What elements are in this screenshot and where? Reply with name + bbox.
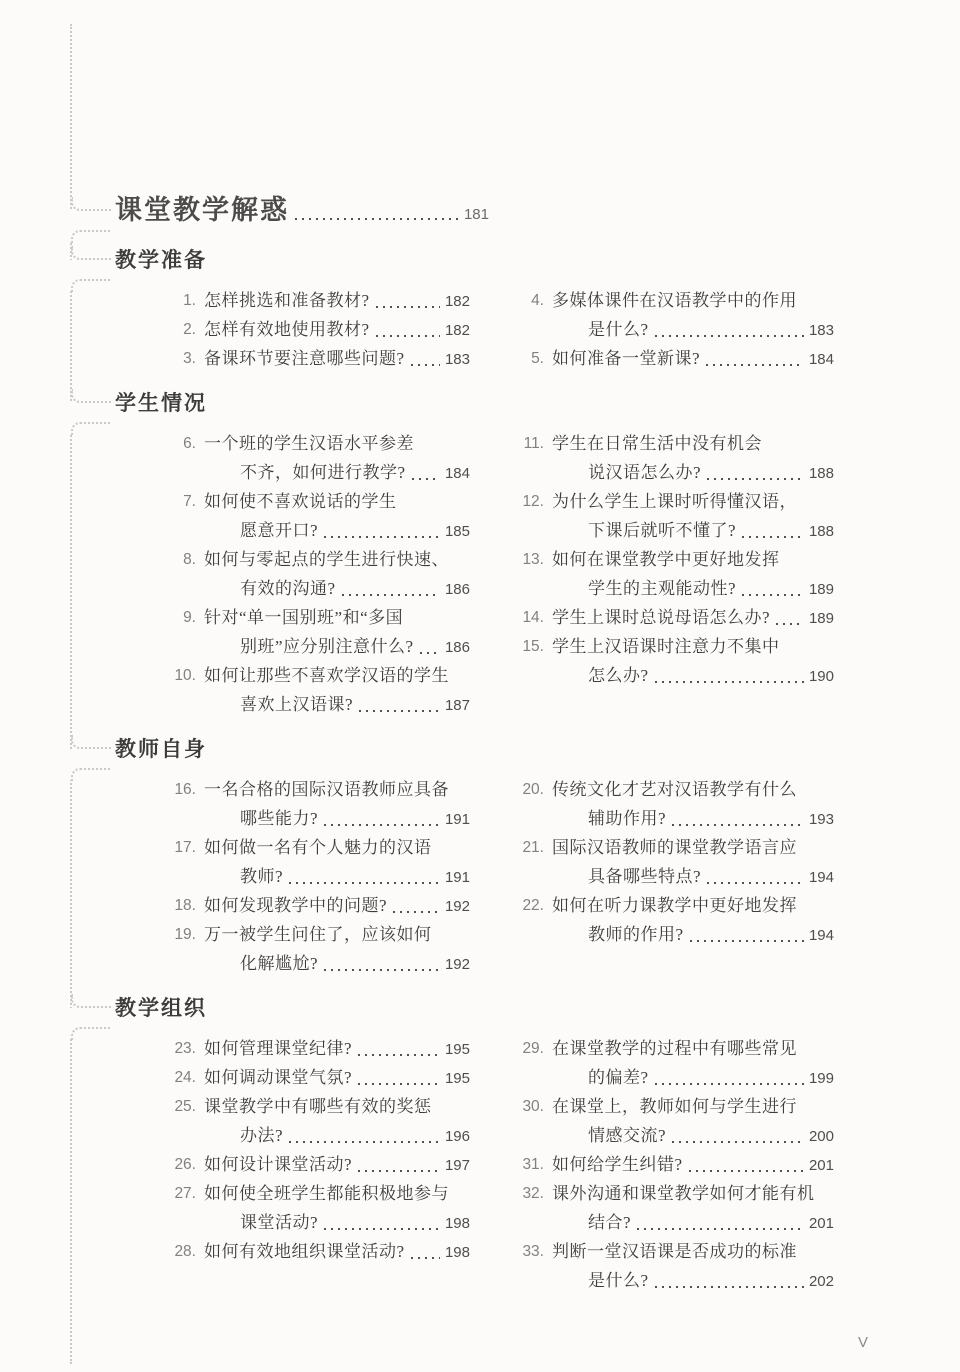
toc-item-line: 有效的沟通?186 — [204, 574, 470, 603]
toc-columns: 1. 怎样挑选和准备教材?182 2. 怎样有效地使用教材?182 3. 备课环… — [160, 286, 839, 373]
toc-columns: 23. 如何管理课堂纪律?195 24. 如何调动课堂气氛?195 25. 课堂… — [160, 1034, 839, 1295]
toc-item-text: 有效的沟通? — [240, 574, 336, 603]
toc-columns: 6. 一个班的学生汉语水平参差不齐，如何进行教学?184 7. 如何使不喜欢说话… — [160, 429, 839, 719]
toc-item-line: 结合?201 — [552, 1208, 834, 1237]
dot-leader — [742, 594, 804, 596]
toc-item-text: 教师的作用? — [588, 920, 684, 949]
toc-item-line: 如何有效地组织课堂活动?198 — [204, 1237, 470, 1266]
dot-leader — [672, 1141, 804, 1143]
toc-item-text: 怎样挑选和准备教材? — [204, 286, 370, 315]
toc-item-line: 说汉语怎么办?188 — [552, 458, 834, 487]
toc-item-number: 7. — [160, 487, 204, 545]
dot-leader — [324, 536, 440, 538]
toc-item-text: 喜欢上汉语课? — [240, 690, 353, 719]
toc-item: 25. 课堂教学中有哪些有效的奖惩办法?196 — [160, 1092, 470, 1150]
toc-item-number: 20. — [508, 775, 552, 833]
toc-item-line: 学生上汉语课时注意力不集中 — [552, 632, 834, 661]
toc-item-line: 教师?191 — [204, 862, 470, 891]
toc-item-body: 如何管理课堂纪律?195 — [204, 1034, 470, 1063]
toc-item-body: 如何发现教学中的问题?192 — [204, 891, 470, 920]
dot-leader — [376, 335, 440, 337]
toc-item-number: 26. — [160, 1150, 204, 1179]
toc-item-line: 课堂活动?198 — [204, 1208, 470, 1237]
toc-item-body: 在课堂上，教师如何与学生进行情感交流?200 — [552, 1092, 834, 1150]
section-heading-label: 教学组织 — [115, 997, 207, 1020]
toc-item-body: 学生上课时总说母语怎么办?189 — [552, 603, 834, 632]
dot-leader — [289, 882, 440, 884]
toc-item: 7. 如何使不喜欢说话的学生愿意开口?185 — [160, 487, 470, 545]
toc-item-line: 如何给学生纠错?201 — [552, 1150, 834, 1179]
toc-page-number: 202 — [809, 1267, 834, 1296]
toc-item-line: 化解尴尬?192 — [204, 949, 470, 978]
toc-section: 教学组织 23. 如何管理课堂纪律?195 24. 如何调动课堂气氛?195 2… — [115, 996, 839, 1295]
dot-leader — [393, 911, 440, 913]
toc-item-body: 针对“单一国别班”和“多国别班”应分别注意什么?186 — [204, 603, 470, 661]
toc-item-text: 学生在日常生活中没有机会 — [552, 429, 762, 458]
toc-item-text: 如何使不喜欢说话的学生 — [204, 487, 397, 516]
toc-section: 学生情况 6. 一个班的学生汉语水平参差不齐，如何进行教学?184 7. 如何使… — [115, 391, 839, 719]
toc-item-body: 在课堂教学的过程中有哪些常见的偏差?199 — [552, 1034, 834, 1092]
toc-item-text: 万一被学生问住了，应该如何 — [204, 920, 432, 949]
toc-item-text: 如何管理课堂纪律? — [204, 1034, 352, 1063]
toc-item-text: 为什么学生上课时听得懂汉语， — [552, 487, 797, 516]
dot-leader — [707, 478, 804, 480]
toc-page-number: 189 — [809, 604, 834, 633]
toc-item-number: 12. — [508, 487, 552, 545]
toc-item-text: 如何在课堂教学中更好地发挥 — [552, 545, 780, 574]
toc-item-line: 一个班的学生汉语水平参差 — [204, 429, 470, 458]
toc-item: 11. 学生在日常生活中没有机会说汉语怎么办?188 — [508, 429, 834, 487]
toc-page-number: 195 — [445, 1064, 470, 1093]
dot-leader — [420, 652, 440, 654]
dot-leader — [324, 824, 440, 826]
toc-item-line: 如何让那些不喜欢学汉语的学生 — [204, 661, 470, 690]
section-heading-label: 教师自身 — [115, 738, 207, 761]
toc-item-number: 13. — [508, 545, 552, 603]
folio-page-number: V — [858, 1334, 868, 1351]
toc-item-body: 课外沟通和课堂教学如何才能有机结合?201 — [552, 1179, 834, 1237]
section-heading: 教师自身 — [115, 737, 839, 763]
toc-item-line: 学生的主观能动性?189 — [552, 574, 834, 603]
toc-item: 29. 在课堂教学的过程中有哪些常见的偏差?199 — [508, 1034, 834, 1092]
toc-page-number: 188 — [809, 459, 834, 488]
toc-page-number: 186 — [445, 575, 470, 604]
toc-column: 1. 怎样挑选和准备教材?182 2. 怎样有效地使用教材?182 3. 备课环… — [160, 286, 470, 373]
toc-item-line: 愿意开口?185 — [204, 516, 470, 545]
toc-item-text: 具备哪些特点? — [588, 862, 701, 891]
toc-item-text: 如何让那些不喜欢学汉语的学生 — [204, 661, 449, 690]
toc-item: 2. 怎样有效地使用教材?182 — [160, 315, 470, 344]
dot-leader — [295, 218, 459, 220]
toc-item-line: 传统文化才艺对汉语教学有什么 — [552, 775, 834, 804]
toc-page-number: 196 — [445, 1122, 470, 1151]
toc-item-number: 8. — [160, 545, 204, 603]
toc-item: 30. 在课堂上，教师如何与学生进行情感交流?200 — [508, 1092, 834, 1150]
toc-item: 33. 判断一堂汉语课是否成功的标准是什么?202 — [508, 1237, 834, 1295]
toc-item-line: 为什么学生上课时听得懂汉语， — [552, 487, 834, 516]
margin-connector-bottom-icon — [71, 1027, 111, 1041]
toc-item-body: 多媒体课件在汉语教学中的作用是什么?183 — [552, 286, 834, 344]
toc-page-number: 194 — [809, 863, 834, 892]
toc-item: 3. 备课环节要注意哪些问题?183 — [160, 344, 470, 373]
toc-item: 14. 学生上课时总说母语怎么办?189 — [508, 603, 834, 632]
toc-item-body: 备课环节要注意哪些问题?183 — [204, 344, 470, 373]
toc-page-number: 191 — [445, 863, 470, 892]
toc-item-body: 学生在日常生活中没有机会说汉语怎么办?188 — [552, 429, 834, 487]
toc-item-text: 怎样有效地使用教材? — [204, 315, 370, 344]
toc-item: 28. 如何有效地组织课堂活动?198 — [160, 1237, 470, 1266]
toc-item-body: 学生上汉语课时注意力不集中怎么办?190 — [552, 632, 834, 690]
toc-item-text: 课堂活动? — [240, 1208, 318, 1237]
toc-item-body: 为什么学生上课时听得懂汉语，下课后就听不懂了?188 — [552, 487, 834, 545]
toc-item-number: 5. — [508, 344, 552, 373]
toc-item-number: 9. — [160, 603, 204, 661]
toc-item-body: 一名合格的国际汉语教师应具备哪些能力?191 — [204, 775, 470, 833]
toc-item-number: 1. — [160, 286, 204, 315]
margin-connector-bottom-icon — [71, 768, 111, 782]
toc-item-line: 如何使全班学生都能积极地参与 — [204, 1179, 470, 1208]
toc-item-text: 教师? — [240, 862, 283, 891]
toc-page-number: 186 — [445, 633, 470, 662]
toc-page-number: 183 — [445, 345, 470, 374]
toc-page-number: 182 — [445, 287, 470, 316]
toc-item-body: 传统文化才艺对汉语教学有什么辅助作用?193 — [552, 775, 834, 833]
toc-item-number: 15. — [508, 632, 552, 690]
toc-item-text: 愿意开口? — [240, 516, 318, 545]
toc-item: 20. 传统文化才艺对汉语教学有什么辅助作用?193 — [508, 775, 834, 833]
toc-item: 26. 如何设计课堂活动?197 — [160, 1150, 470, 1179]
toc-item-text: 别班”应分别注意什么? — [240, 632, 414, 661]
sections: 教学准备 1. 怎样挑选和准备教材?182 2. 怎样有效地使用教材?182 3… — [115, 248, 839, 1295]
section-heading-label: 学生情况 — [115, 392, 207, 415]
toc-item-text: 如何给学生纠错? — [552, 1150, 683, 1179]
toc-item-text: 如何做一名有个人魅力的汉语 — [204, 833, 432, 862]
toc-item-line: 国际汉语教师的课堂教学语言应 — [552, 833, 834, 862]
toc-item-text: 怎么办? — [588, 661, 649, 690]
toc-item-line: 哪些能力?191 — [204, 804, 470, 833]
toc-item-number: 21. — [508, 833, 552, 891]
dot-leader — [359, 710, 440, 712]
dot-leader — [655, 681, 804, 683]
dot-leader — [690, 940, 804, 942]
toc-item-body: 课堂教学中有哪些有效的奖惩办法?196 — [204, 1092, 470, 1150]
toc-item-number: 24. — [160, 1063, 204, 1092]
margin-connector-bottom-icon — [71, 422, 111, 436]
toc-page-number: 185 — [445, 517, 470, 546]
toc-item-number: 4. — [508, 286, 552, 344]
chapter-title: 课堂教学解惑 — [115, 192, 289, 228]
toc-item-body: 如何做一名有个人魅力的汉语教师?191 — [204, 833, 470, 891]
toc-item-number: 32. — [508, 1179, 552, 1237]
toc-item-number: 33. — [508, 1237, 552, 1295]
toc-item: 8. 如何与零起点的学生进行快速、有效的沟通?186 — [160, 545, 470, 603]
chapter-page-number: 181 — [464, 206, 489, 223]
toc-item-line: 具备哪些特点?194 — [552, 862, 834, 891]
margin-connector-top-icon — [71, 735, 111, 749]
toc-item-line: 学生在日常生活中没有机会 — [552, 429, 834, 458]
toc-item-line: 如何与零起点的学生进行快速、 — [204, 545, 470, 574]
dot-leader — [412, 478, 440, 480]
toc-item-line: 情感交流?200 — [552, 1121, 834, 1150]
toc-column: 16. 一名合格的国际汉语教师应具备哪些能力?191 17. 如何做一名有个人魅… — [160, 775, 470, 978]
toc-item-line: 判断一堂汉语课是否成功的标准 — [552, 1237, 834, 1266]
toc-item-line: 在课堂上，教师如何与学生进行 — [552, 1092, 834, 1121]
toc-item-line: 如何调动课堂气氛?195 — [204, 1063, 470, 1092]
toc-item-text: 备课环节要注意哪些问题? — [204, 344, 405, 373]
toc-item-body: 如何与零起点的学生进行快速、有效的沟通?186 — [204, 545, 470, 603]
toc-item: 32. 课外沟通和课堂教学如何才能有机结合?201 — [508, 1179, 834, 1237]
toc-item-text: 课外沟通和课堂教学如何才能有机 — [552, 1179, 815, 1208]
toc-page-number: 182 — [445, 316, 470, 345]
toc-item-number: 22. — [508, 891, 552, 949]
toc-item-line: 办法?196 — [204, 1121, 470, 1150]
toc-item-text: 是什么? — [588, 315, 649, 344]
toc-page-number: 201 — [809, 1209, 834, 1238]
toc-item-body: 如何准备一堂新课?184 — [552, 344, 834, 373]
toc-item: 16. 一名合格的国际汉语教师应具备哪些能力?191 — [160, 775, 470, 833]
toc-item: 17. 如何做一名有个人魅力的汉语教师?191 — [160, 833, 470, 891]
toc-item-text: 一名合格的国际汉语教师应具备 — [204, 775, 449, 804]
toc-content: 课堂教学解惑 181 教学准备 1. 怎样挑选和准备教材?182 2. 怎样有效… — [115, 192, 839, 1313]
toc-item-line: 怎么办?190 — [552, 661, 834, 690]
toc-item-number: 31. — [508, 1150, 552, 1179]
toc-item-text: 在课堂教学的过程中有哪些常见 — [552, 1034, 797, 1063]
toc-item-text: 化解尴尬? — [240, 949, 318, 978]
toc-item: 31. 如何给学生纠错?201 — [508, 1150, 834, 1179]
toc-item-line: 怎样有效地使用教材?182 — [204, 315, 470, 344]
section-heading: 教学准备 — [115, 248, 839, 274]
toc-item-body: 如何使不喜欢说话的学生愿意开口?185 — [204, 487, 470, 545]
toc-item-line: 别班”应分别注意什么?186 — [204, 632, 470, 661]
toc-item-line: 如何在课堂教学中更好地发挥 — [552, 545, 834, 574]
toc-item-number: 30. — [508, 1092, 552, 1150]
toc-item-number: 11. — [508, 429, 552, 487]
chapter-title-row: 课堂教学解惑 181 — [115, 192, 489, 228]
toc-item-text: 课堂教学中有哪些有效的奖惩 — [204, 1092, 432, 1121]
toc-item-text: 如何在听力课教学中更好地发挥 — [552, 891, 797, 920]
toc-item-line: 下课后就听不懂了?188 — [552, 516, 834, 545]
toc-column: 20. 传统文化才艺对汉语教学有什么辅助作用?193 21. 国际汉语教师的课堂… — [508, 775, 834, 978]
toc-item-text: 多媒体课件在汉语教学中的作用 — [552, 286, 797, 315]
toc-page-number: 192 — [445, 892, 470, 921]
dot-leader — [672, 824, 804, 826]
toc-column: 4. 多媒体课件在汉语教学中的作用是什么?183 5. 如何准备一堂新课?184 — [508, 286, 834, 373]
toc-item: 19. 万一被学生问住了，应该如何化解尴尬?192 — [160, 920, 470, 978]
toc-item: 1. 怎样挑选和准备教材?182 — [160, 286, 470, 315]
toc-item-text: 哪些能力? — [240, 804, 318, 833]
dot-leader — [655, 335, 804, 337]
toc-item: 15. 学生上汉语课时注意力不集中怎么办?190 — [508, 632, 834, 690]
toc-page-number: 188 — [809, 517, 834, 546]
toc-item-line: 在课堂教学的过程中有哪些常见 — [552, 1034, 834, 1063]
section-heading: 学生情况 — [115, 391, 839, 417]
toc-item-text: 如何有效地组织课堂活动? — [204, 1237, 405, 1266]
toc-item-number: 10. — [160, 661, 204, 719]
toc-item-text: 学生的主观能动性? — [588, 574, 736, 603]
dot-leader — [655, 1083, 804, 1085]
toc-item-text: 判断一堂汉语课是否成功的标准 — [552, 1237, 797, 1266]
dot-leader — [411, 1257, 440, 1259]
toc-item-text: 是什么? — [588, 1266, 649, 1295]
dot-leader — [324, 969, 440, 971]
toc-item-text: 传统文化才艺对汉语教学有什么 — [552, 775, 797, 804]
toc-item-text: 一个班的学生汉语水平参差 — [204, 429, 414, 458]
toc-item: 23. 如何管理课堂纪律?195 — [160, 1034, 470, 1063]
toc-item-text: 针对“单一国别班”和“多国 — [204, 603, 403, 632]
toc-page-number: 194 — [809, 921, 834, 950]
toc-item-number: 16. — [160, 775, 204, 833]
section-heading: 教学组织 — [115, 996, 839, 1022]
toc-item-line: 针对“单一国别班”和“多国 — [204, 603, 470, 632]
toc-item-body: 如何在课堂教学中更好地发挥学生的主观能动性?189 — [552, 545, 834, 603]
toc-item-number: 2. — [160, 315, 204, 344]
margin-connector-bottom-icon — [71, 279, 111, 293]
toc-item-number: 19. — [160, 920, 204, 978]
toc-item-body: 国际汉语教师的课堂教学语言应具备哪些特点?194 — [552, 833, 834, 891]
toc-item-body: 怎样有效地使用教材?182 — [204, 315, 470, 344]
toc-item: 22. 如何在听力课教学中更好地发挥教师的作用?194 — [508, 891, 834, 949]
dot-leader — [289, 1141, 440, 1143]
toc-item-body: 一个班的学生汉语水平参差不齐，如何进行教学?184 — [204, 429, 470, 487]
margin-connector-top-icon — [71, 197, 111, 211]
toc-item-body: 判断一堂汉语课是否成功的标准是什么?202 — [552, 1237, 834, 1295]
scanned-toc-page: 课堂教学解惑 181 教学准备 1. 怎样挑选和准备教材?182 2. 怎样有效… — [0, 0, 960, 1372]
dot-leader — [324, 1228, 440, 1230]
toc-item: 13. 如何在课堂教学中更好地发挥学生的主观能动性?189 — [508, 545, 834, 603]
toc-item: 5. 如何准备一堂新课?184 — [508, 344, 834, 373]
toc-item-number: 28. — [160, 1237, 204, 1266]
toc-item-body: 如何在听力课教学中更好地发挥教师的作用?194 — [552, 891, 834, 949]
toc-item: 24. 如何调动课堂气氛?195 — [160, 1063, 470, 1092]
toc-item-text: 不齐，如何进行教学? — [240, 458, 406, 487]
dot-leader — [707, 882, 804, 884]
toc-page-number: 184 — [809, 345, 834, 374]
toc-item: 27. 如何使全班学生都能积极地参与课堂活动?198 — [160, 1179, 470, 1237]
toc-item: 21. 国际汉语教师的课堂教学语言应具备哪些特点?194 — [508, 833, 834, 891]
toc-item-number: 17. — [160, 833, 204, 891]
toc-item-line: 课堂教学中有哪些有效的奖惩 — [204, 1092, 470, 1121]
toc-item-text: 如何设计课堂活动? — [204, 1150, 352, 1179]
toc-page-number: 183 — [809, 316, 834, 345]
toc-item-number: 29. — [508, 1034, 552, 1092]
toc-page-number: 199 — [809, 1064, 834, 1093]
toc-item-line: 辅助作用?193 — [552, 804, 834, 833]
toc-item-body: 如何设计课堂活动?197 — [204, 1150, 470, 1179]
toc-item-body: 怎样挑选和准备教材?182 — [204, 286, 470, 315]
toc-item-line: 如何在听力课教学中更好地发挥 — [552, 891, 834, 920]
toc-column: 6. 一个班的学生汉语水平参差不齐，如何进行教学?184 7. 如何使不喜欢说话… — [160, 429, 470, 719]
toc-page-number: 190 — [809, 662, 834, 691]
toc-item-text: 下课后就听不懂了? — [588, 516, 736, 545]
toc-item-body: 如何给学生纠错?201 — [552, 1150, 834, 1179]
toc-item-text: 在课堂上，教师如何与学生进行 — [552, 1092, 797, 1121]
toc-item-number: 6. — [160, 429, 204, 487]
toc-item-number: 18. — [160, 891, 204, 920]
toc-column: 11. 学生在日常生活中没有机会说汉语怎么办?188 12. 为什么学生上课时听… — [508, 429, 834, 719]
dot-leader — [358, 1083, 440, 1085]
toc-item-line: 如何设计课堂活动?197 — [204, 1150, 470, 1179]
toc-item: 12. 为什么学生上课时听得懂汉语，下课后就听不懂了?188 — [508, 487, 834, 545]
toc-item-text: 国际汉语教师的课堂教学语言应 — [552, 833, 797, 862]
toc-item-line: 的偏差?199 — [552, 1063, 834, 1092]
toc-item-text: 说汉语怎么办? — [588, 458, 701, 487]
toc-page-number: 192 — [445, 950, 470, 979]
toc-item-body: 万一被学生问住了，应该如何化解尴尬?192 — [204, 920, 470, 978]
dot-leader — [358, 1054, 440, 1056]
toc-item-body: 如何使全班学生都能积极地参与课堂活动?198 — [204, 1179, 470, 1237]
dot-leader — [706, 364, 804, 366]
margin-connector-bottom-icon — [71, 230, 111, 244]
toc-item-text: 如何与零起点的学生进行快速、 — [204, 545, 449, 574]
toc-page-number: 191 — [445, 805, 470, 834]
dot-leader — [376, 306, 440, 308]
toc-page-number: 187 — [445, 691, 470, 720]
dot-leader — [742, 536, 804, 538]
toc-item-line: 如何做一名有个人魅力的汉语 — [204, 833, 470, 862]
toc-item-number: 14. — [508, 603, 552, 632]
toc-page-number: 200 — [809, 1122, 834, 1151]
toc-item-text: 如何发现教学中的问题? — [204, 891, 387, 920]
toc-item-text: 的偏差? — [588, 1063, 649, 1092]
toc-item-text: 结合? — [588, 1208, 631, 1237]
toc-item: 10. 如何让那些不喜欢学汉语的学生喜欢上汉语课?187 — [160, 661, 470, 719]
toc-item-line: 如何管理课堂纪律?195 — [204, 1034, 470, 1063]
toc-item-text: 学生上课时总说母语怎么办? — [552, 603, 770, 632]
toc-item-line: 如何使不喜欢说话的学生 — [204, 487, 470, 516]
toc-page-number: 197 — [445, 1151, 470, 1180]
toc-item-text: 学生上汉语课时注意力不集中 — [552, 632, 780, 661]
toc-item-line: 是什么?202 — [552, 1266, 834, 1295]
toc-item-line: 多媒体课件在汉语教学中的作用 — [552, 286, 834, 315]
margin-connector-top-icon — [71, 389, 111, 403]
toc-page-number: 193 — [809, 805, 834, 834]
toc-page-number: 195 — [445, 1035, 470, 1064]
toc-item-line: 课外沟通和课堂教学如何才能有机 — [552, 1179, 834, 1208]
toc-page-number: 201 — [809, 1151, 834, 1180]
dot-leader — [637, 1228, 804, 1230]
toc-item-line: 怎样挑选和准备教材?182 — [204, 286, 470, 315]
dot-leader — [411, 364, 440, 366]
margin-connector-top-icon — [71, 246, 111, 260]
toc-item-text: 如何调动课堂气氛? — [204, 1063, 352, 1092]
toc-item-number: 3. — [160, 344, 204, 373]
toc-item-line: 是什么?183 — [552, 315, 834, 344]
toc-item-text: 情感交流? — [588, 1121, 666, 1150]
toc-item-text: 如何准备一堂新课? — [552, 344, 700, 373]
toc-item-line: 学生上课时总说母语怎么办?189 — [552, 603, 834, 632]
margin-connector-top-icon — [71, 994, 111, 1008]
toc-columns: 16. 一名合格的国际汉语教师应具备哪些能力?191 17. 如何做一名有个人魅… — [160, 775, 839, 978]
section-heading-label: 教学准备 — [115, 249, 207, 272]
toc-item-body: 如何让那些不喜欢学汉语的学生喜欢上汉语课?187 — [204, 661, 470, 719]
toc-item: 18. 如何发现教学中的问题?192 — [160, 891, 470, 920]
toc-page-number: 184 — [445, 459, 470, 488]
toc-item-line: 备课环节要注意哪些问题?183 — [204, 344, 470, 373]
dot-leader — [655, 1286, 804, 1288]
dot-leader — [358, 1170, 440, 1172]
toc-section: 教师自身 16. 一名合格的国际汉语教师应具备哪些能力?191 17. 如何做一… — [115, 737, 839, 978]
toc-item-line: 教师的作用?194 — [552, 920, 834, 949]
toc-item-number: 27. — [160, 1179, 204, 1237]
toc-column: 29. 在课堂教学的过程中有哪些常见的偏差?199 30. 在课堂上，教师如何与… — [508, 1034, 834, 1295]
toc-item-line: 如何发现教学中的问题?192 — [204, 891, 470, 920]
toc-item-line: 万一被学生问住了，应该如何 — [204, 920, 470, 949]
toc-item-text: 如何使全班学生都能积极地参与 — [204, 1179, 449, 1208]
toc-page-number: 198 — [445, 1209, 470, 1238]
toc-item-text: 辅助作用? — [588, 804, 666, 833]
toc-item-number: 25. — [160, 1092, 204, 1150]
toc-item-body: 如何调动课堂气氛?195 — [204, 1063, 470, 1092]
